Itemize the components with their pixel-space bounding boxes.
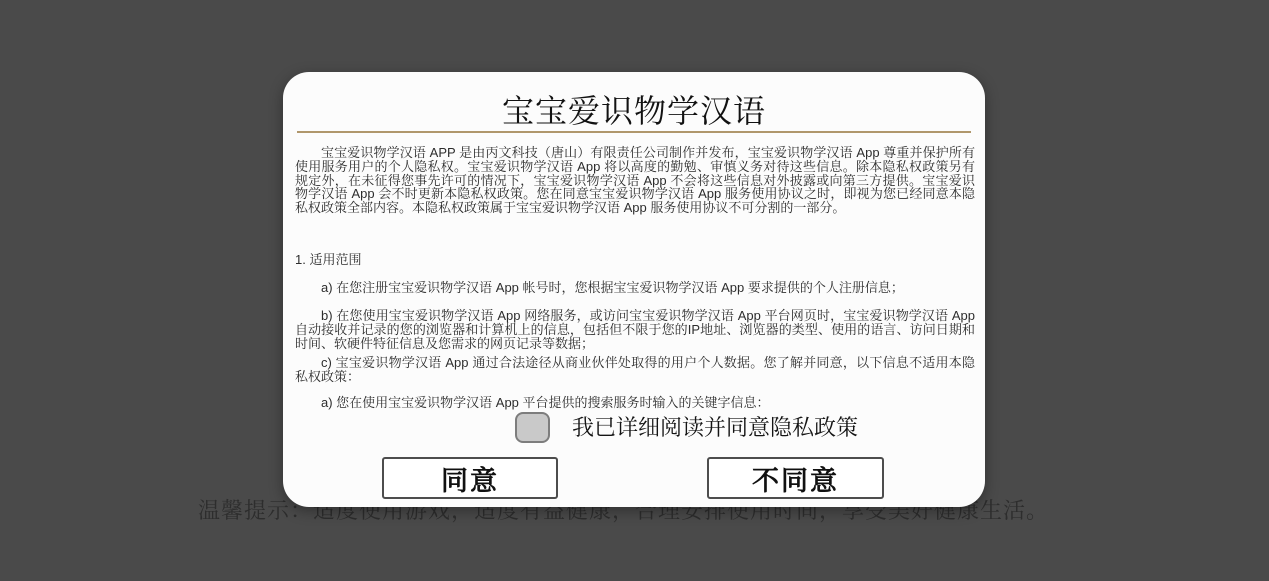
disagree-button[interactable]: 不同意	[707, 457, 884, 499]
privacy-section-heading: 1. 适用范围	[295, 253, 975, 267]
consent-label: 我已详细阅读并同意隐私政策	[572, 412, 858, 443]
privacy-item-a: a) 在您注册宝宝爱识物学汉语 App 帐号时，您根据宝宝爱识物学汉语 App …	[295, 281, 975, 295]
privacy-sub-item-a: a) 您在使用宝宝爱识物学汉语 App 平台提供的搜索服务时输入的关键字信息：	[295, 396, 975, 410]
privacy-item-c: c) 宝宝爱识物学汉语 App 通过合法途径从商业伙伴处取得的用户个人数据。您了…	[295, 356, 975, 384]
privacy-policy-dialog: 宝宝爱识物学汉语 宝宝爱识物学汉语 APP 是由丙文科技（唐山）有限责任公司制作…	[283, 72, 985, 507]
consent-row: 我已详细阅读并同意隐私政策	[515, 412, 858, 443]
title-divider	[297, 131, 971, 133]
privacy-consent-checkbox[interactable]	[515, 412, 550, 443]
privacy-item-b: b) 在您使用宝宝爱识物学汉语 App 网络服务，或访问宝宝爱识物学汉语 App…	[295, 309, 975, 350]
agree-button[interactable]: 同意	[382, 457, 558, 499]
dialog-title: 宝宝爱识物学汉语	[283, 92, 985, 130]
privacy-intro-paragraph: 宝宝爱识物学汉语 APP 是由丙文科技（唐山）有限责任公司制作并发布，宝宝爱识物…	[295, 146, 975, 215]
